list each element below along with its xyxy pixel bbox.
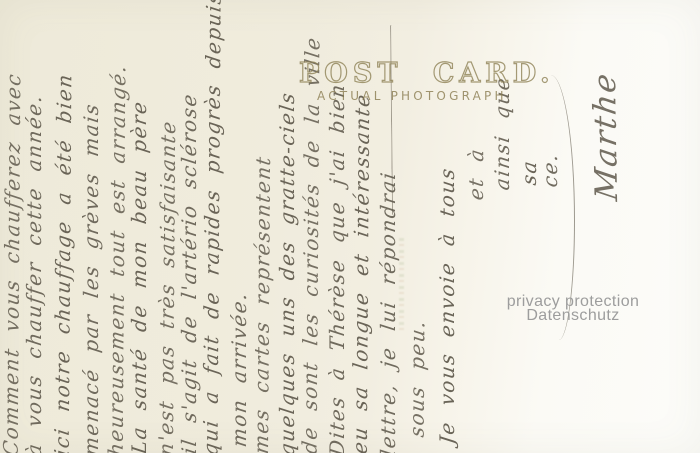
privacy-watermark: privacy protection Datenschutz <box>468 295 678 323</box>
postcard-scan: { "print": { "post_card": "POST CARD.", … <box>0 0 700 453</box>
post-card-printed-title: POST CARD. <box>299 58 555 89</box>
privacy-watermark-line2: Datenschutz <box>468 309 678 323</box>
micro-watermark-mark <box>399 238 404 330</box>
actual-photograph-label: ACTUAL PHOTOGRAPH <box>317 89 507 103</box>
